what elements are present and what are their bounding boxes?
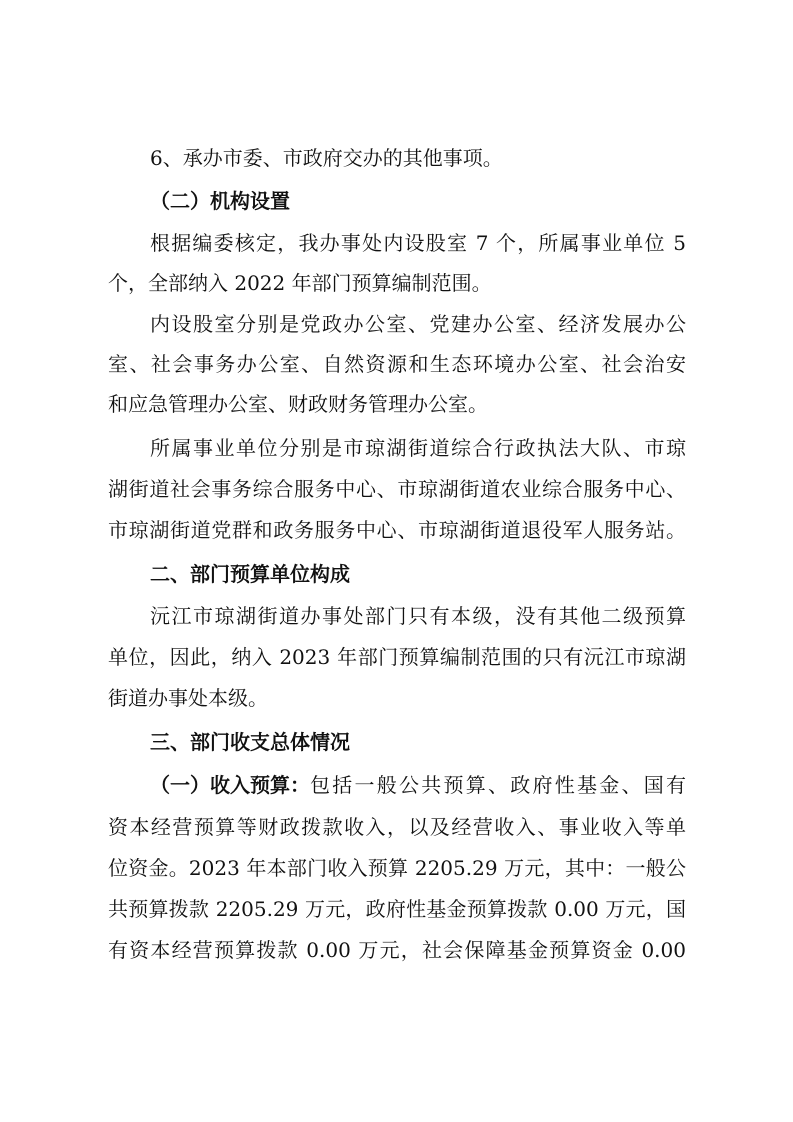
unit-paragraph-line-1: 沅江市琼湖街道办事处部门只有本级，没有其他二级预算 (150, 604, 686, 628)
income-paragraph-line-3: 位资金。2023 年本部门收入预算 2205.29 万元，其中：一般公 (108, 856, 686, 880)
section-heading-org-setup: （二）机构设置 (150, 189, 686, 213)
org-paragraph-3-line-2: 湖街道社会事务综合服务中心、市琼湖街道农业综合服务中心、 (108, 477, 686, 501)
income-paragraph-line-5: 有资本经营预算拨款 0.00 万元，社会保障基金预算资金 0.00 (108, 938, 686, 962)
income-paragraph-line-1-text: 包括一般公共预算、政府性基金、国有 (310, 773, 686, 797)
duty-item-6: 6、承办市委、市政府交办的其他事项。 (150, 146, 686, 170)
income-paragraph-line-2: 资本经营预算等财政拨款收入，以及经营收入、事业收入等单 (108, 815, 686, 839)
heading-budget-unit-composition: 二、部门预算单位构成 (150, 562, 686, 586)
org-paragraph-2-line-1: 内设股室分别是党政办公室、党建办公室、经济发展办公 (150, 312, 686, 336)
org-paragraph-3-line-1: 所属事业单位分别是市琼湖街道综合行政执法大队、市琼 (150, 436, 686, 460)
org-paragraph-3-line-3: 市琼湖街道党群和政务服务中心、市琼湖街道退役军人服务站。 (108, 518, 686, 542)
org-paragraph-1-line-2: 个，全部纳入 2022 年部门预算编制范围。 (108, 271, 686, 295)
unit-paragraph-line-3: 街道办事处本级。 (108, 686, 686, 710)
unit-paragraph-line-2: 单位，因此，纳入 2023 年部门预算编制范围的只有沅江市琼湖 (108, 645, 686, 669)
income-paragraph-line-1: （一）收入预算： 包括一般公共预算、政府性基金、国有 (150, 773, 686, 797)
income-paragraph-line-4: 共预算拨款 2205.29 万元，政府性基金预算拨款 0.00 万元，国 (108, 897, 686, 921)
org-paragraph-2-line-2: 室、社会事务办公室、自然资源和生态环境办公室、社会治安 (108, 352, 686, 376)
org-paragraph-2-line-3: 和应急管理办公室、财政财务管理办公室。 (108, 392, 686, 416)
income-budget-label: （一）收入预算： (150, 773, 310, 797)
document-page: 6、承办市委、市政府交办的其他事项。 （二）机构设置 根据编委核定，我办事处内设… (0, 0, 793, 1122)
heading-income-expenditure-overview: 三、部门收支总体情况 (150, 730, 686, 754)
org-paragraph-1-line-1: 根据编委核定，我办事处内设股室 7 个，所属事业单位 5 (150, 231, 686, 255)
